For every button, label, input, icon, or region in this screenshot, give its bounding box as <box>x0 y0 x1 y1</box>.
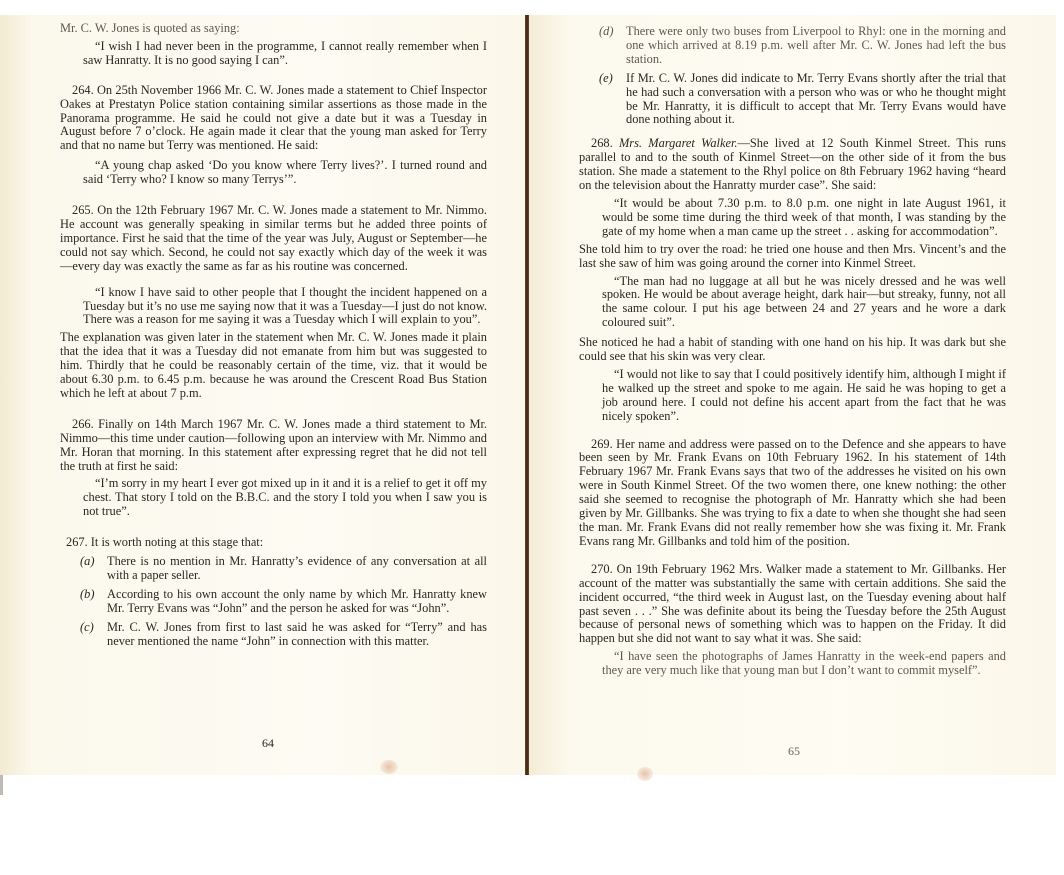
quote-268-third: “I would not like to say that I could po… <box>602 368 1006 424</box>
right-page: (d) There were only two buses from Liver… <box>529 15 1056 775</box>
quote-268-first: “It would be about 7.30 p.m. to 8.0 p.m.… <box>602 197 1006 239</box>
paper-stain <box>637 767 653 781</box>
list-item-label: (c) <box>80 621 107 649</box>
witness-name: Mrs. Margaret Walker. <box>619 136 738 150</box>
paragraph-269: 269. Her name and address were passed on… <box>579 438 1006 549</box>
list-item-text: There is no mention in Mr. Hanratty’s ev… <box>107 555 487 583</box>
left-page-text: Mr. C. W. Jones is quoted as saying: “I … <box>60 22 487 649</box>
paragraph-265-continued: The explanation was given later in the s… <box>60 331 487 401</box>
quote-265: “I know I have said to other people that… <box>83 286 487 328</box>
page-number-left: 64 <box>238 736 298 751</box>
list-item-a: (a) There is no mention in Mr. Hanratty’… <box>80 555 487 583</box>
page-number-right: 65 <box>764 744 824 759</box>
book-spread-scan: Mr. C. W. Jones is quoted as saying: “I … <box>0 15 1056 775</box>
paragraph-268-continued-1: She told him to try over the road: he tr… <box>579 243 1006 271</box>
list-item-text: There were only two buses from Liverpool… <box>626 25 1006 67</box>
paragraph-268-continued-2: She noticed he had a habit of standing w… <box>579 336 1006 364</box>
right-page-text: (d) There were only two buses from Liver… <box>579 25 1006 678</box>
list-item-d: (d) There were only two buses from Liver… <box>599 25 1006 67</box>
intro-line: Mr. C. W. Jones is quoted as saying: <box>60 22 487 36</box>
paper-stain <box>380 760 398 774</box>
list-item-text: Mr. C. W. Jones from first to last said … <box>107 621 487 649</box>
list-item-text: According to his own account the only na… <box>107 588 487 616</box>
list-item-label: (d) <box>599 25 626 67</box>
paragraph-267: 267. It is worth noting at this stage th… <box>60 536 487 550</box>
quote-264: “A young chap asked ‘Do you know where T… <box>83 159 487 187</box>
paragraph-270: 270. On 19th February 1962 Mrs. Walker m… <box>579 563 1006 646</box>
paragraph-266: 266. Finally on 14th March 1967 Mr. C. W… <box>60 418 487 474</box>
left-page: Mr. C. W. Jones is quoted as saying: “I … <box>0 15 526 775</box>
list-item-label: (e) <box>599 72 626 128</box>
list-item-text: If Mr. C. W. Jones did indicate to Mr. T… <box>626 72 1006 128</box>
list-item-b: (b) According to his own account the onl… <box>80 588 487 616</box>
paragraph-264: 264. On 25th November 1966 Mr. C. W. Jon… <box>60 84 487 154</box>
paragraph-number: 268. <box>591 136 613 150</box>
quote-266: “I’m sorry in my heart I ever got mixed … <box>83 477 487 519</box>
quote-268-second: “The man had no luggage at all but he wa… <box>602 275 1006 331</box>
list-item-e: (e) If Mr. C. W. Jones did indicate to M… <box>599 72 1006 128</box>
quote-jones-programme: “I wish I had never been in the programm… <box>83 40 487 68</box>
list-item-label: (b) <box>80 588 107 616</box>
paragraph-268: 268. Mrs. Margaret Walker.—She lived at … <box>579 137 1006 193</box>
quote-270: “I have seen the photographs of James Ha… <box>602 650 1006 678</box>
list-item-label: (a) <box>80 555 107 583</box>
paragraph-265: 265. On the 12th February 1967 Mr. C. W.… <box>60 204 487 274</box>
list-item-c: (c) Mr. C. W. Jones from first to last s… <box>80 621 487 649</box>
